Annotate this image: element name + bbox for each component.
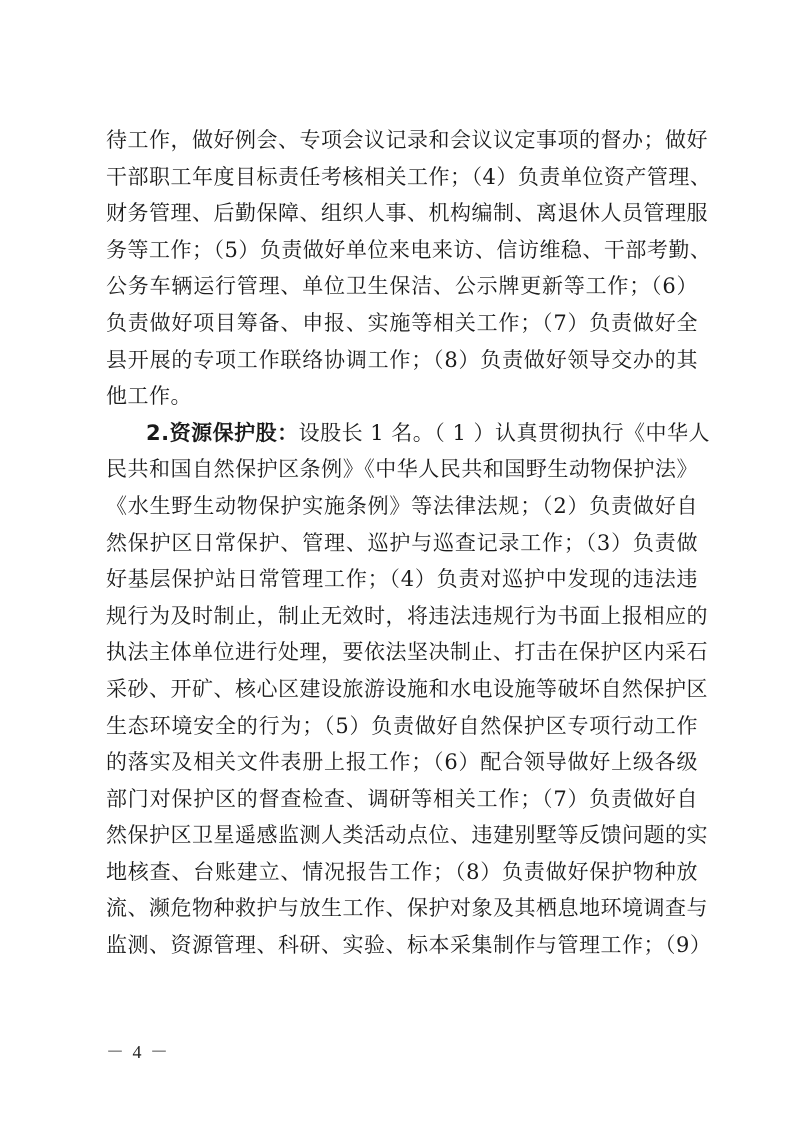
text-line: 干部职工年度目标责任考核相关工作；（4）负责单位资产管理、 — [106, 159, 698, 196]
page-number: － 4 － — [106, 1038, 170, 1064]
text-line: 生态环境安全的行为；（5）负责做好自然保护区专项行动工作 — [106, 708, 698, 745]
text-line: 民共和国自然保护区条例》《中华人民共和国野生动物保护法》 — [106, 451, 698, 488]
text-line: 好基层保护站日常管理工作；（4）负责对巡护中发现的违法违 — [106, 561, 698, 598]
text-line: 的落实及相关文件表册上报工作；（6）配合领导做好上级各级 — [106, 744, 698, 781]
text-line: 执法主体单位进行处理，要依法坚决制止、打击在保护区内采石 — [106, 634, 698, 671]
text-line: 待工作，做好例会、专项会议记录和会议议定事项的督办；做好 — [106, 122, 698, 159]
paragraph-1: 待工作，做好例会、专项会议记录和会议议定事项的督办；做好 干部职工年度目标责任考… — [106, 122, 698, 415]
text-span: 设股长 1 名。（ 1 ）认真贯彻执行《中华人 — [299, 421, 710, 445]
text-line: 部门对保护区的督查检查、调研等相关工作；（7）负责做好自 — [106, 781, 698, 818]
text-line: 地核查、台账建立、情况报告工作；（8）负责做好保护物种放 — [106, 854, 698, 891]
text-line: 《水生野生动物保护实施条例》等法律法规；（2）负责做好自 — [106, 488, 698, 525]
section-heading-line: 2.资源保护股：设股长 1 名。（ 1 ）认真贯彻执行《中华人 — [106, 415, 698, 452]
text-line: 县开展的专项工作联络协调工作；（8）负责做好领导交办的其 — [106, 342, 698, 379]
text-line: 规行为及时制止，制止无效时，将违法违规行为书面上报相应的 — [106, 598, 698, 635]
text-line: 然保护区卫星遥感监测人类活动点位、违建别墅等反馈问题的实 — [106, 817, 698, 854]
text-line: 监测、资源管理、科研、实验、标本采集制作与管理工作；（9） — [106, 927, 698, 964]
body-text: 待工作，做好例会、专项会议记录和会议议定事项的督办；做好 干部职工年度目标责任考… — [106, 122, 698, 964]
text-line: 采砂、开矿、核心区建设旅游设施和水电设施等破坏自然保护区 — [106, 671, 698, 708]
text-line: 财务管理、后勤保障、组织人事、机构编制、离退休人员管理服 — [106, 195, 698, 232]
document-page: 待工作，做好例会、专项会议记录和会议议定事项的督办；做好 干部职工年度目标责任考… — [0, 0, 793, 1122]
text-line: 公务车辆运行管理、单位卫生保洁、公示牌更新等工作；（6） — [106, 268, 698, 305]
text-line: 然保护区日常保护、管理、巡护与巡查记录工作；（3）负责做 — [106, 525, 698, 562]
text-line: 他工作。 — [106, 378, 698, 415]
section-2-resource-protection: 2.资源保护股：设股长 1 名。（ 1 ）认真贯彻执行《中华人 民共和国自然保护… — [106, 415, 698, 964]
text-line: 务等工作；（5）负责做好单位来电来访、信访维稳、干部考勤、 — [106, 232, 698, 269]
text-line: 负责做好项目筹备、申报、实施等相关工作；（7）负责做好全 — [106, 305, 698, 342]
section-heading: 2.资源保护股： — [146, 421, 299, 445]
text-line: 流、濒危物种救护与放生工作、保护对象及其栖息地环境调查与 — [106, 890, 698, 927]
